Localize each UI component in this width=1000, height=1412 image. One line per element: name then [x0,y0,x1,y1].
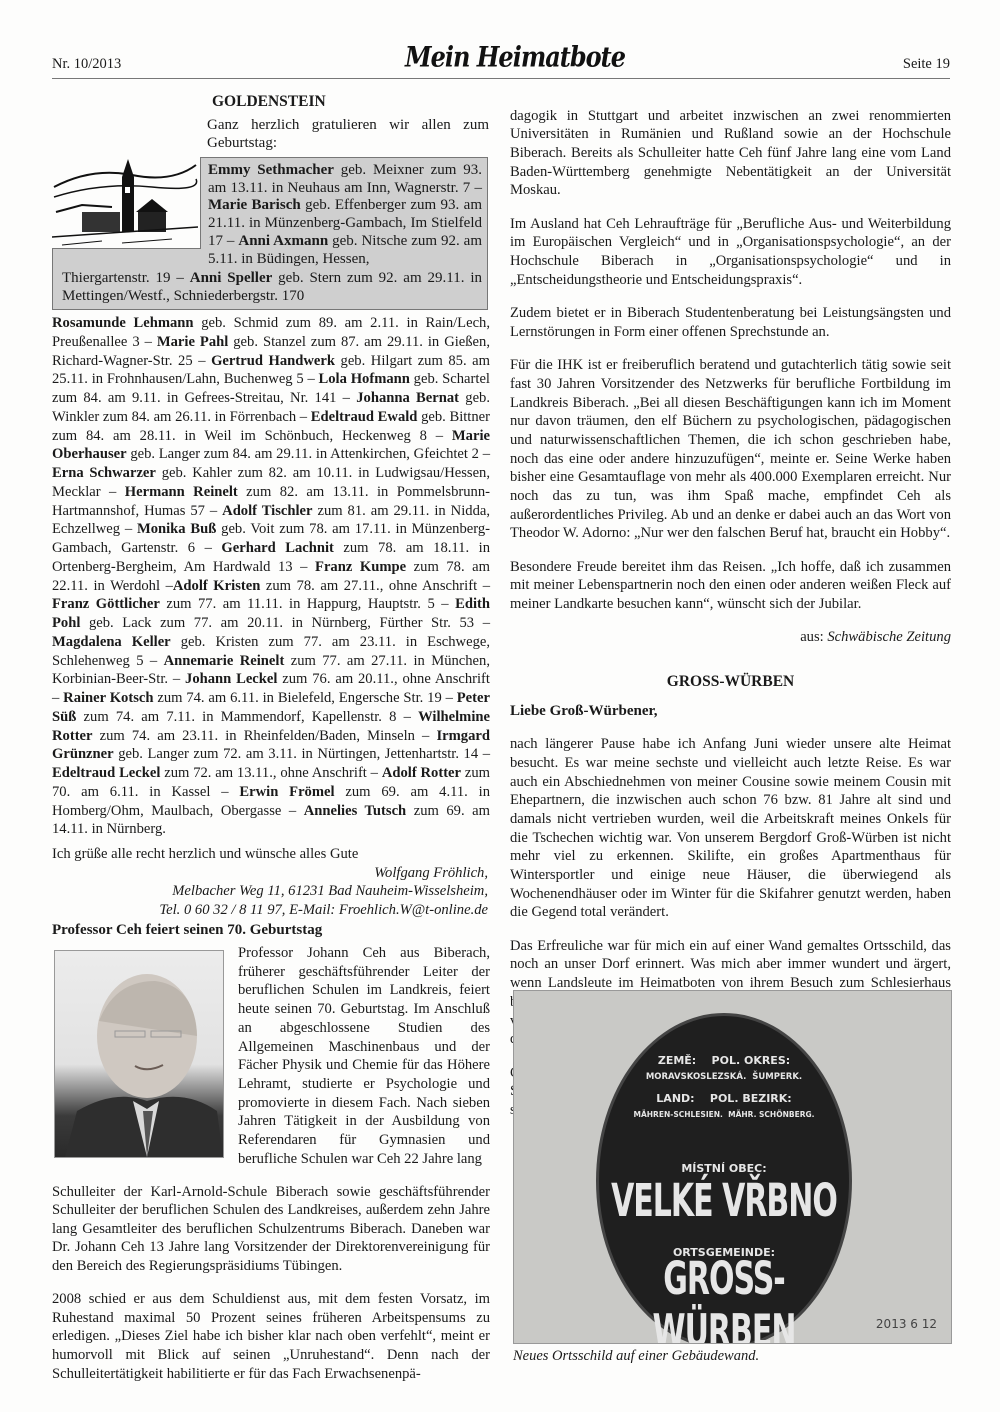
person-name: Erwin Frömel [239,784,334,800]
issue-number: Nr. 10/2013 [52,56,121,73]
article-title-ceh: Professor Ceh feiert seinen 70. Geburtst… [52,922,322,939]
signature-name: Wolfgang Fröhlich, [52,864,488,883]
entry-details: Thiergartenstr. 19 – [62,270,190,286]
sketch-frame [52,157,201,249]
ceh-right-paragraph: Im Ausland hat Ceh Lehraufträge für „Ber… [510,215,951,290]
source-name: Schwäbische Zeitung [827,629,951,645]
sign-row-1: ZEMĚ: POL. OKRES: [599,1054,849,1067]
page-number: Seite 19 [903,56,950,73]
birthday-box: Emmy Sethmacher geb. Meixner zum 93. am … [52,157,488,310]
person-name: Edeltraud Leckel [52,765,160,781]
person-name: Annemarie Reinelt [164,653,285,669]
ceh-right-paragraph: dagogik in Stuttgart und arbeitet inzwis… [510,107,951,201]
person-name: Marie Pahl [157,334,228,350]
person-name: Rainer Kotsch [63,690,153,706]
signature-contact: Tel. 0 60 32 / 8 11 97, E-Mail: Froehlic… [52,901,488,920]
ceh-paragraph-2: 2008 schied er aus dem Schuldienst aus, … [52,1290,490,1383]
sign-obec-label: MÍSTNÍ OBEC: [599,1162,849,1175]
ceh-right-paragraph: Besondere Freude bereitet ihm das Reisen… [510,558,951,614]
person-name: Anni Speller [190,270,273,286]
ceh-paragraph-continued: Schulleiter der Karl-Arnold-Schule Biber… [52,1168,490,1398]
masthead-logo: Mein Heimatbote [405,40,625,73]
letter-paragraph: nach längerer Pause habe ich Anfang Juni… [510,735,951,922]
person-name: Johanna Bernat [356,390,459,406]
person-name: Emmy Sethmacher [208,162,334,178]
entry-details: zum 74. am 6.11. in Bielefeld, Engersche… [154,690,457,706]
person-name: Lola Hofmann [319,371,410,387]
person-name: Adolf Kristen [173,578,260,594]
photo-caption: Neues Ortsschild auf einer Gebäudewand. [513,1348,759,1365]
entry-details: zum 78. am 27.11., ohne Anschrift – [260,578,490,594]
entry-details: geb. Langer zum 72. am 3.11. in Nürtinge… [114,746,490,762]
section-title-goldenstein: GOLDENSTEIN [212,93,326,111]
sign-text: MORAVSKOSLEZSKÁ. [646,1072,747,1082]
greeting-block: Ich grüße alle recht herzlich und wünsch… [52,845,488,919]
entry-details: zum 74. am 23.11. in Rheinfelden/Baden, … [93,728,437,744]
ceh-paragraph-1b: Schulleiter der Karl-Arnold-Schule Biber… [52,1183,490,1276]
sign-text: ŠUMPERK. [752,1072,802,1082]
entry-details: zum 74. am 7.11. in Mammendorf, Kapellen… [76,709,418,725]
person-name: Magdalena Keller [52,634,171,650]
photo-date-stamp: 2013 6 12 [876,1317,937,1331]
town-sign-photo: ZEMĚ: POL. OKRES: MORAVSKOSLEZSKÁ. ŠUMPE… [513,990,952,1344]
person-name: Gertrud Handwerk [211,353,335,369]
box-text-top: Emmy Sethmacher geb. Meixner zum 93. am … [208,162,482,268]
person-name: Franz Kumpe [315,559,406,575]
sign-czech-name: VELKÉ VŘBNO [599,1175,849,1228]
person-name: Gerhard Lachnit [221,540,334,556]
person-name: Erna Schwarzer [52,465,156,481]
section-title-gross-wuerben: GROSS-WÜRBEN [510,673,951,692]
person-name: Marie Barisch [208,197,301,213]
portrait-figure-icon [55,951,223,1157]
person-name: Edeltraud Ewald [311,409,418,425]
person-name: Adolf Tischler [222,503,312,519]
source-prefix: aus: [800,629,827,645]
entry-details: geb. Lack zum 77. am 20.11. in Nürnberg,… [80,615,490,631]
oval-town-sign: ZEMĚ: POL. OKRES: MORAVSKOSLEZSKÁ. ŠUMPE… [596,1013,852,1344]
sign-text: POL. BEZIRK: [710,1092,792,1105]
sign-text: ZEMĚ: [658,1054,696,1067]
person-name: Annelies Tutsch [304,803,406,819]
birthday-list: Rosamunde Lehmann geb. Schmid zum 89. am… [52,314,490,839]
person-name: Rosamunde Lehmann [52,315,194,331]
sign-row-3: LAND: POL. BEZIRK: [599,1092,849,1105]
sign-text: MÄHR. SCHÖNBERG. [728,1110,814,1119]
person-name: Anni Axmann [238,233,328,249]
church-sketch-icon [52,157,198,247]
sign-text: MÄHREN-SCHLESIEN. [634,1110,723,1119]
article-source: aus: Schwäbische Zeitung [510,628,951,647]
ceh-paragraph-1: Professor Johann Ceh aus Biberach, frühe… [238,944,490,1168]
letter-salutation: Liebe Groß-Würbener, [510,702,951,721]
entry-details: zum 72. am 13.11., ohne Anschrift – [160,765,381,781]
sign-german-name: GROSS-WÜRBEN [599,1254,849,1345]
signature-address: Melbacher Weg 11, 61231 Bad Nauheim-Wiss… [52,882,488,901]
ceh-right-paragraph: Zudem bietet er in Biberach Studentenber… [510,304,951,341]
right-column: dagogik in Stuttgart und arbeitet inzwis… [510,92,951,1134]
sign-text: LAND: [656,1092,694,1105]
person-name: Monika Buß [137,521,216,537]
entry-details: geb. Langer zum 84. am 29.11. in Attenki… [127,446,490,462]
person-name: Adolf Rotter [382,765,461,781]
person-name: Franz Göttlicher [52,596,160,612]
person-name: Hermann Reinelt [125,484,238,500]
sign-row-4: MÄHREN-SCHLESIEN. MÄHR. SCHÖNBERG. [599,1110,849,1119]
box-text-bottom: Thiergartenstr. 19 – Anni Speller geb. S… [62,269,482,305]
greeting-text: Ich grüße alle recht herzlich und wünsch… [52,845,488,864]
portrait-photo [54,950,224,1158]
sign-row-2: MORAVSKOSLEZSKÁ. ŠUMPERK. [599,1072,849,1082]
person-name: Johann Leckel [185,671,277,687]
entry-details: zum 77. am 11.11. in Happurg, Hauptstr. … [160,596,455,612]
sign-text: POL. OKRES: [712,1054,791,1067]
ceh-right-paragraph: Für die IHK ist er freiberuflich beraten… [510,356,951,543]
goldenstein-intro: Ganz herzlich gratulieren wir allen zum … [207,116,489,152]
